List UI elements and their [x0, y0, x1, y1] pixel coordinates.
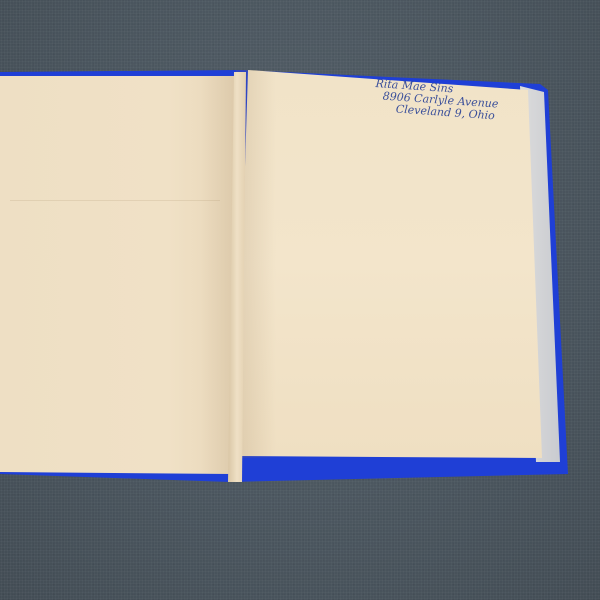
right-flyleaf-page [236, 70, 546, 458]
endpaper-crease [10, 200, 220, 201]
gray-surface-background: Rita Mae Sins 8906 Carlyle Avenue Clevel… [0, 0, 600, 600]
